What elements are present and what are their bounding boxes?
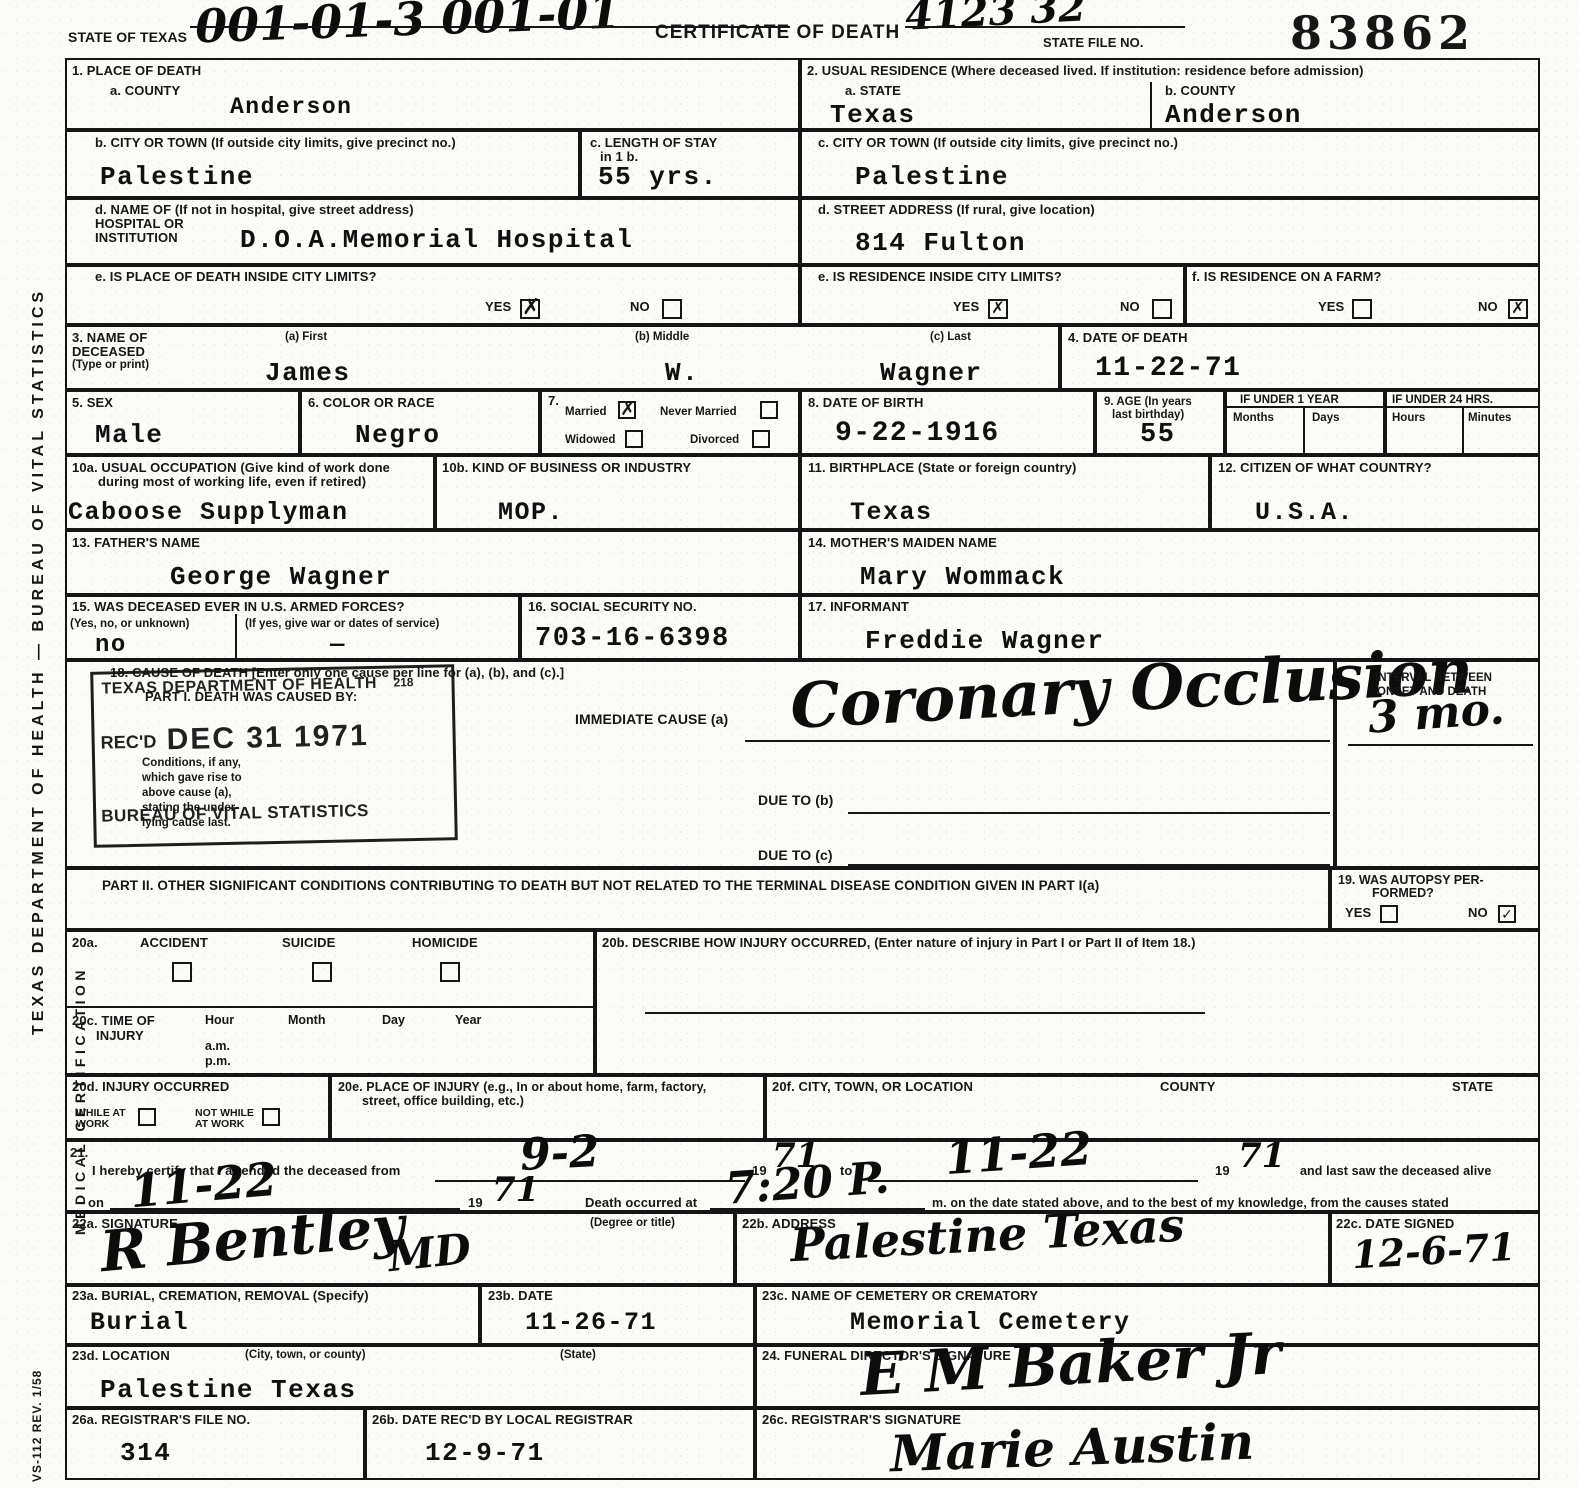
immediate-cause-label: IMMEDIATE CAUSE (a) (575, 712, 728, 728)
stamp-line-1: TEXAS DEPARTMENT OF HEALTH (101, 675, 377, 699)
accident-label: ACCIDENT (140, 936, 208, 951)
if-under-1-year-label: IF UNDER 1 YEAR (1240, 394, 1339, 407)
armed-forces-value: no (95, 632, 127, 659)
citizen-label: 12. CITIZEN OF WHAT COUNTRY? (1218, 461, 1432, 476)
injury-county-label: COUNTY (1160, 1080, 1216, 1095)
injury-state-label: STATE (1452, 1080, 1493, 1095)
hospital-label-3: INSTITUTION (95, 231, 178, 246)
am-label: a.m. (205, 1040, 230, 1054)
injury-city-label: 20f. CITY, TOWN, OR LOCATION (772, 1080, 973, 1095)
due-to-c-label: DUE TO (c) (758, 848, 833, 864)
hour-label: Hour (205, 1014, 234, 1028)
birthplace-label: 11. BIRTHPLACE (State or foreign country… (808, 461, 1076, 476)
never-married-checkbox (760, 401, 778, 419)
race-value: Negro (355, 420, 441, 450)
occupation-label-2: during most of working life, even if ret… (98, 475, 366, 490)
residence-limits-yes-checkbox: ✗ (988, 299, 1008, 319)
burial-location-label: 23d. LOCATION (72, 1349, 170, 1364)
ssn-value: 703-16-6398 (535, 624, 730, 654)
residence-limits-no-checkbox (1152, 299, 1172, 319)
x-mark-icon: ✗ (620, 398, 636, 420)
check-mark-icon: ✓ (1501, 907, 1513, 923)
autopsy-no-label: NO (1468, 906, 1488, 921)
fathers-name-value: George Wagner (170, 562, 392, 592)
armed-forces-sub-1: (Yes, no, or unknown) (70, 618, 189, 631)
state-file-no-label: STATE FILE NO. (1043, 36, 1144, 51)
part2-label: PART II. OTHER SIGNIFICANT CONDITIONS CO… (102, 878, 1099, 893)
farm-yes-label: YES (1318, 300, 1344, 315)
divorced-label: Divorced (690, 434, 739, 447)
while-at-work-label-2: WORK (76, 1119, 109, 1131)
widowed-checkbox (625, 430, 643, 448)
stamp-line-2: BUREAU OF VITAL STATISTICS (101, 801, 369, 826)
sex-label: 5. SEX (72, 396, 113, 411)
hospital-value: D.O.A.Memorial Hospital (240, 225, 633, 255)
autopsy-label-2: FORMED? (1372, 887, 1434, 901)
business-value: MOP. (498, 498, 564, 527)
handwritten-file-codes: 4123 32 (904, 0, 1087, 40)
never-married-label: Never Married (660, 406, 737, 419)
farm-no-label: NO (1478, 300, 1498, 315)
death-certificate-scan: STATE OF TEXAS 001-01-3 001-01 CERTIFICA… (0, 0, 1579, 1488)
armed-forces-label: 15. WAS DECEASED EVER IN U.S. ARMED FORC… (72, 600, 404, 615)
injury-occurred-label: 20d. INJURY OCCURRED (72, 1080, 229, 1095)
residence-county-value: Anderson (1165, 100, 1302, 130)
mothers-maiden-name-label: 14. MOTHER'S MAIDEN NAME (808, 536, 997, 551)
sex-value: Male (95, 420, 163, 450)
mothers-maiden-name-value: Mary Wommack (860, 562, 1065, 592)
farm-yes-checkbox (1352, 299, 1372, 319)
interval-value: 3 mo. (1366, 683, 1506, 743)
to-year-prefix: 19 (1215, 1164, 1230, 1179)
burial-date-value: 11-26-71 (525, 1308, 657, 1337)
pm-label: p.m. (205, 1055, 231, 1069)
burial-label: 23a. BURIAL, CREMATION, REMOVAL (Specify… (72, 1289, 369, 1304)
place-of-death-label: 1. PLACE OF DEATH (72, 64, 201, 79)
street-address-value: 814 Fulton (855, 228, 1026, 258)
street-address-label: d. STREET ADDRESS (If rural, give locati… (818, 203, 1095, 218)
burial-date-label: 23b. DATE (488, 1289, 553, 1304)
autopsy-yes-label: YES (1345, 906, 1371, 921)
divorced-checkbox (752, 430, 770, 448)
death-limits-no-checkbox (662, 299, 682, 319)
not-while-at-work-checkbox (262, 1108, 280, 1126)
age-value: 55 (1140, 420, 1175, 450)
autopsy-yes-checkbox (1380, 905, 1398, 923)
date-received-label: 26b. DATE REC'D BY LOCAL REGISTRAR (372, 1413, 633, 1428)
if-under-24-hrs-label: IF UNDER 24 HRS. (1392, 394, 1493, 407)
place-of-injury-label-1: 20e. PLACE OF INJURY (e.g., In or about … (338, 1080, 706, 1094)
hours-label: Hours (1392, 412, 1425, 425)
homicide-checkbox (440, 962, 460, 982)
stamp-recd-label: REC'D (100, 731, 156, 752)
burial-value: Burial (90, 1308, 189, 1337)
months-label: Months (1233, 412, 1274, 425)
autopsy-no-checkbox: ✓ (1498, 905, 1516, 923)
to-year-value: 71 (1238, 1136, 1285, 1176)
month-label: Month (288, 1014, 325, 1028)
suicide-label: SUICIDE (282, 936, 335, 951)
residence-farm-label: f. IS RESIDENCE ON A FARM? (1192, 270, 1381, 285)
stamp-date: DEC 31 1971 (166, 719, 369, 757)
homicide-label: HOMICIDE (412, 936, 478, 951)
residence-city-value: Palestine (855, 162, 1009, 192)
burial-location-value: Palestine Texas (100, 1375, 357, 1405)
time-of-injury-label-1: 20c. TIME OF (72, 1014, 155, 1029)
year-label: Year (455, 1014, 481, 1028)
burial-location-sub-1: (City, town, or county) (245, 1349, 366, 1362)
certify-line2-a: Death occurred at (585, 1196, 697, 1211)
first-name-label: (a) First (285, 331, 327, 344)
residence-limits-yes-label: YES (953, 300, 979, 315)
middle-name-value: W. (665, 358, 699, 388)
city-value: Palestine (100, 162, 254, 192)
married-checkbox: ✗ (618, 401, 636, 419)
informant-value: Freddie Wagner (865, 626, 1104, 656)
not-while-at-work-label-2: AT WORK (195, 1119, 244, 1131)
fathers-name-label: 13. FATHER'S NAME (72, 536, 200, 551)
date-of-death-label: 4. DATE OF DEATH (1068, 331, 1188, 346)
occupation-value: Caboose Supplyman (68, 498, 349, 527)
item-21-label: 21. (70, 1146, 88, 1161)
date-of-death-value: 11-22-71 (1095, 353, 1241, 384)
residence-state-value: Texas (830, 100, 916, 130)
residence-limits-label: e. IS RESIDENCE INSIDE CITY LIMITS? (818, 270, 1062, 285)
widowed-label: Widowed (565, 434, 615, 447)
stamp-code: 218 (393, 676, 413, 690)
interval-label-1: INTERVAL BETWEEN (1375, 672, 1492, 685)
on-word: on (88, 1196, 104, 1211)
last-name-label: (c) Last (930, 331, 971, 344)
death-limits-no-label: NO (630, 300, 650, 315)
certify-line1-b: and last saw the deceased alive (1300, 1164, 1491, 1178)
date-of-birth-label: 8. DATE OF BIRTH (808, 396, 923, 411)
degree-or-title-label: (Degree or title) (590, 1217, 675, 1230)
armed-forces-sub-2: (If yes, give war or dates of service) (245, 618, 439, 631)
due-to-b-label: DUE TO (b) (758, 793, 833, 809)
residence-state-label: a. STATE (845, 84, 901, 99)
physician-degree: MD (386, 1224, 474, 1281)
usual-residence-label: 2. USUAL RESIDENCE (Where deceased lived… (807, 64, 1364, 79)
day-label: Day (382, 1014, 405, 1028)
farm-no-checkbox: ✗ (1508, 299, 1528, 319)
cemetery-label: 23c. NAME OF CEMETERY OR CREMATORY (762, 1289, 1038, 1304)
certificate-number-stamp: 83862 (1290, 6, 1475, 60)
describe-injury-label: 20b. DESCRIBE HOW INJURY OCCURRED, (Ente… (602, 936, 1196, 951)
citizen-value: U.S.A. (1255, 498, 1354, 527)
accident-checkbox (172, 962, 192, 982)
first-name-value: James (265, 358, 351, 388)
suicide-checkbox (312, 962, 332, 982)
race-label: 6. COLOR OR RACE (308, 396, 435, 411)
place-of-injury-label-2: street, office building, etc.) (362, 1094, 524, 1108)
name-of-deceased-label-2: DECEASED (72, 345, 145, 360)
on-year-prefix: 19 (468, 1196, 483, 1211)
death-city-limits-label: e. IS PLACE OF DEATH INSIDE CITY LIMITS? (95, 270, 377, 285)
type-or-print-label: (Type or print) (72, 359, 149, 372)
on-year-value: 71 (492, 1170, 539, 1210)
registrar-file-no-value: 314 (120, 1438, 171, 1468)
state-of-texas-label: STATE OF TEXAS (68, 30, 187, 46)
county-value: Anderson (230, 94, 352, 120)
age-label-1: 9. AGE (In years (1104, 396, 1192, 409)
death-limits-yes-checkbox: ✗ (520, 299, 540, 319)
form-number-label: VS-112 REV. 1/58 (30, 1370, 44, 1482)
while-at-work-checkbox (138, 1108, 156, 1126)
date-signed-value: 12-6-71 (1351, 1224, 1517, 1278)
residence-limits-no-label: NO (1120, 300, 1140, 315)
days-label: Days (1312, 412, 1340, 425)
birthplace-value: Texas (850, 498, 933, 527)
marital-item-label: 7. (548, 394, 559, 409)
middle-name-label: (b) Middle (635, 331, 689, 344)
time-of-injury-label-2: INJURY (96, 1029, 144, 1044)
death-limits-yes-label: YES (485, 300, 511, 315)
business-label: 10b. KIND OF BUSINESS OR INDUSTRY (442, 461, 691, 476)
date-of-birth-value: 9-22-1916 (835, 418, 1000, 449)
city-or-town-label: b. CITY OR TOWN (If outside city limits,… (95, 136, 456, 151)
married-label: Married (565, 406, 607, 419)
item-20a-label: 20a. (72, 936, 98, 951)
received-stamp: TEXAS DEPARTMENT OF HEALTH 218 REC'D DEC… (90, 664, 458, 848)
x-mark-icon: ✗ (1511, 298, 1524, 317)
date-received-value: 12-9-71 (425, 1438, 545, 1468)
armed-forces-service-value: — (330, 632, 346, 659)
burial-location-sub-2: (State) (560, 1349, 596, 1362)
registrar-file-no-label: 26a. REGISTRAR'S FILE NO. (72, 1413, 250, 1428)
certificate-title: CERTIFICATE OF DEATH (655, 22, 900, 43)
x-mark-icon: ✗ (991, 298, 1004, 317)
length-of-stay-value: 55 yrs. (598, 162, 718, 192)
county-label: a. COUNTY (110, 84, 180, 99)
x-mark-icon: ✗ (522, 295, 540, 320)
department-vertical-label: TEXAS DEPARTMENT OF HEALTH — BUREAU OF V… (30, 288, 48, 1035)
last-name-value: Wagner (880, 358, 983, 388)
residence-city-label: c. CITY OR TOWN (If outside city limits,… (818, 136, 1178, 151)
minutes-label: Minutes (1468, 412, 1511, 425)
attended-to-date: 11-22 (943, 1121, 1094, 1185)
ssn-label: 16. SOCIAL SECURITY NO. (528, 600, 697, 615)
residence-county-label: b. COUNTY (1165, 84, 1236, 99)
informant-label: 17. INFORMANT (808, 600, 909, 615)
